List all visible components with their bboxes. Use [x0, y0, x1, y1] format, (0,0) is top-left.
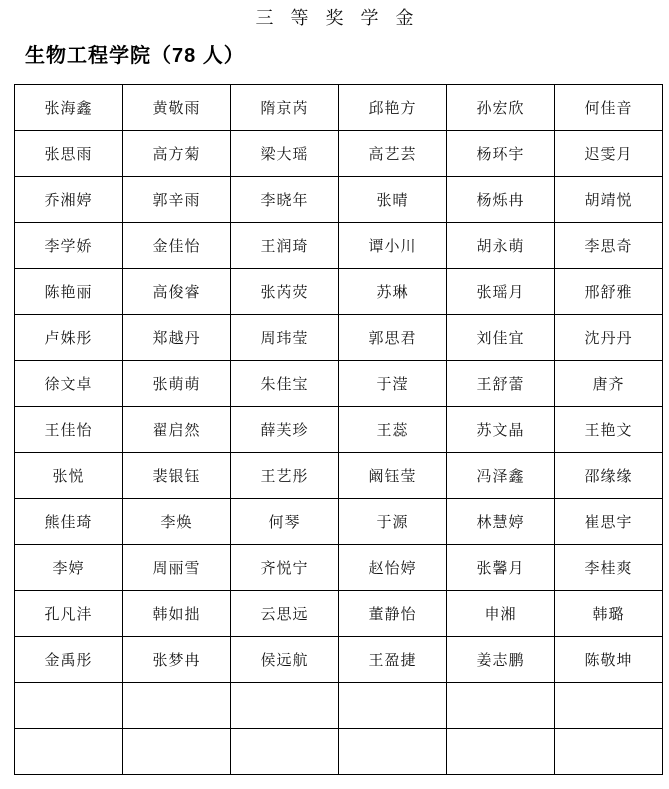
name-cell: 张晴	[339, 177, 447, 223]
name-cell: 张悦	[15, 453, 123, 499]
name-cell: 李婷	[15, 545, 123, 591]
name-cell: 卢姝彤	[15, 315, 123, 361]
name-cell: 胡靖悦	[555, 177, 663, 223]
name-cell: 王盈捷	[339, 637, 447, 683]
name-cell: 冯泽鑫	[447, 453, 555, 499]
table-row: 王佳怡翟启然薛芙珍王蕊苏文晶王艳文	[15, 407, 663, 453]
table-row: 乔湘婷郭辛雨李晓年张晴杨烁冉胡靖悦	[15, 177, 663, 223]
table-row	[15, 729, 663, 775]
document-page: 三等奖学金 生物工程学院（78 人） 张海鑫黄敬雨隋京芮邱艳方孙宏欣何佳音张思雨…	[0, 7, 669, 789]
name-cell: 崔思宇	[555, 499, 663, 545]
name-cell: 张思雨	[15, 131, 123, 177]
name-cell: 张萌萌	[123, 361, 231, 407]
empty-cell	[339, 683, 447, 729]
name-cell: 黄敬雨	[123, 85, 231, 131]
name-cell: 金禹彤	[15, 637, 123, 683]
name-cell: 阚钰莹	[339, 453, 447, 499]
name-cell: 谭小川	[339, 223, 447, 269]
name-cell: 韩璐	[555, 591, 663, 637]
name-cell: 梁大瑶	[231, 131, 339, 177]
name-cell: 熊佳琦	[15, 499, 123, 545]
name-cell: 高艺芸	[339, 131, 447, 177]
name-cell: 何琴	[231, 499, 339, 545]
name-cell: 朱佳宝	[231, 361, 339, 407]
empty-cell	[447, 729, 555, 775]
name-cell: 隋京芮	[231, 85, 339, 131]
name-cell: 王润琦	[231, 223, 339, 269]
empty-cell	[15, 683, 123, 729]
table-row	[15, 683, 663, 729]
name-cell: 韩如拙	[123, 591, 231, 637]
name-cell: 张馨月	[447, 545, 555, 591]
empty-cell	[447, 683, 555, 729]
name-cell: 迟雯月	[555, 131, 663, 177]
name-cell: 周玮莹	[231, 315, 339, 361]
name-cell: 申湘	[447, 591, 555, 637]
table-row: 张悦裴银钰王艺彤阚钰莹冯泽鑫邵缘缘	[15, 453, 663, 499]
name-cell: 侯远航	[231, 637, 339, 683]
name-cell: 于滢	[339, 361, 447, 407]
name-cell: 乔湘婷	[15, 177, 123, 223]
empty-cell	[123, 683, 231, 729]
name-cell: 王艳文	[555, 407, 663, 453]
name-cell: 张梦冉	[123, 637, 231, 683]
name-cell: 张瑶月	[447, 269, 555, 315]
name-cell: 孔凡沣	[15, 591, 123, 637]
name-cell: 张海鑫	[15, 85, 123, 131]
name-cell: 唐齐	[555, 361, 663, 407]
name-cell: 胡永萌	[447, 223, 555, 269]
name-cell: 陈艳丽	[15, 269, 123, 315]
table-row: 张海鑫黄敬雨隋京芮邱艳方孙宏欣何佳音	[15, 85, 663, 131]
name-cell: 苏文晶	[447, 407, 555, 453]
name-cell: 刘佳宜	[447, 315, 555, 361]
section-heading: 生物工程学院（78 人）	[25, 44, 669, 68]
name-cell: 何佳音	[555, 85, 663, 131]
name-cell: 姜志鹏	[447, 637, 555, 683]
name-cell: 云思远	[231, 591, 339, 637]
name-cell: 董静怡	[339, 591, 447, 637]
name-cell: 李晓年	[231, 177, 339, 223]
name-cell: 齐悦宁	[231, 545, 339, 591]
table-row: 孔凡沣韩如拙云思远董静怡申湘韩璐	[15, 591, 663, 637]
name-cell: 苏琳	[339, 269, 447, 315]
table-row: 张思雨高方菊梁大瑶高艺芸杨环宇迟雯月	[15, 131, 663, 177]
name-cell: 周丽雪	[123, 545, 231, 591]
name-cell: 裴银钰	[123, 453, 231, 499]
table-row: 徐文卓张萌萌朱佳宝于滢王舒蕾唐齐	[15, 361, 663, 407]
empty-cell	[555, 729, 663, 775]
name-cell: 高方菊	[123, 131, 231, 177]
empty-cell	[231, 729, 339, 775]
name-cell: 杨环宇	[447, 131, 555, 177]
name-cell: 林慧婷	[447, 499, 555, 545]
name-cell: 邵缘缘	[555, 453, 663, 499]
table-row: 陈艳丽高俊睿张芮荧苏琳张瑶月邢舒雅	[15, 269, 663, 315]
name-cell: 高俊睿	[123, 269, 231, 315]
name-cell: 邱艳方	[339, 85, 447, 131]
name-cell: 于源	[339, 499, 447, 545]
scholarship-names-table: 张海鑫黄敬雨隋京芮邱艳方孙宏欣何佳音张思雨高方菊梁大瑶高艺芸杨环宇迟雯月乔湘婷郭…	[14, 84, 663, 775]
name-cell: 赵怡婷	[339, 545, 447, 591]
name-cell: 薛芙珍	[231, 407, 339, 453]
name-cell: 陈敬坤	[555, 637, 663, 683]
name-cell: 王佳怡	[15, 407, 123, 453]
name-cell: 李思奇	[555, 223, 663, 269]
empty-cell	[123, 729, 231, 775]
empty-cell	[555, 683, 663, 729]
name-cell: 张芮荧	[231, 269, 339, 315]
name-cell: 郭思君	[339, 315, 447, 361]
table-row: 李婷周丽雪齐悦宁赵怡婷张馨月李桂爽	[15, 545, 663, 591]
empty-cell	[339, 729, 447, 775]
table-row: 李学娇金佳怡王润琦谭小川胡永萌李思奇	[15, 223, 663, 269]
name-cell: 郑越丹	[123, 315, 231, 361]
names-table-body: 张海鑫黄敬雨隋京芮邱艳方孙宏欣何佳音张思雨高方菊梁大瑶高艺芸杨环宇迟雯月乔湘婷郭…	[15, 85, 663, 775]
name-cell: 郭辛雨	[123, 177, 231, 223]
name-cell: 王蕊	[339, 407, 447, 453]
name-cell: 孙宏欣	[447, 85, 555, 131]
table-row: 熊佳琦李焕何琴于源林慧婷崔思宇	[15, 499, 663, 545]
table-row: 金禹彤张梦冉侯远航王盈捷姜志鹏陈敬坤	[15, 637, 663, 683]
name-cell: 杨烁冉	[447, 177, 555, 223]
name-cell: 邢舒雅	[555, 269, 663, 315]
name-cell: 王舒蕾	[447, 361, 555, 407]
name-cell: 李桂爽	[555, 545, 663, 591]
name-cell: 王艺彤	[231, 453, 339, 499]
table-row: 卢姝彤郑越丹周玮莹郭思君刘佳宜沈丹丹	[15, 315, 663, 361]
name-cell: 李焕	[123, 499, 231, 545]
name-cell: 翟启然	[123, 407, 231, 453]
name-cell: 徐文卓	[15, 361, 123, 407]
name-cell: 金佳怡	[123, 223, 231, 269]
document-title: 三等奖学金	[0, 7, 669, 31]
name-cell: 李学娇	[15, 223, 123, 269]
empty-cell	[15, 729, 123, 775]
empty-cell	[231, 683, 339, 729]
name-cell: 沈丹丹	[555, 315, 663, 361]
